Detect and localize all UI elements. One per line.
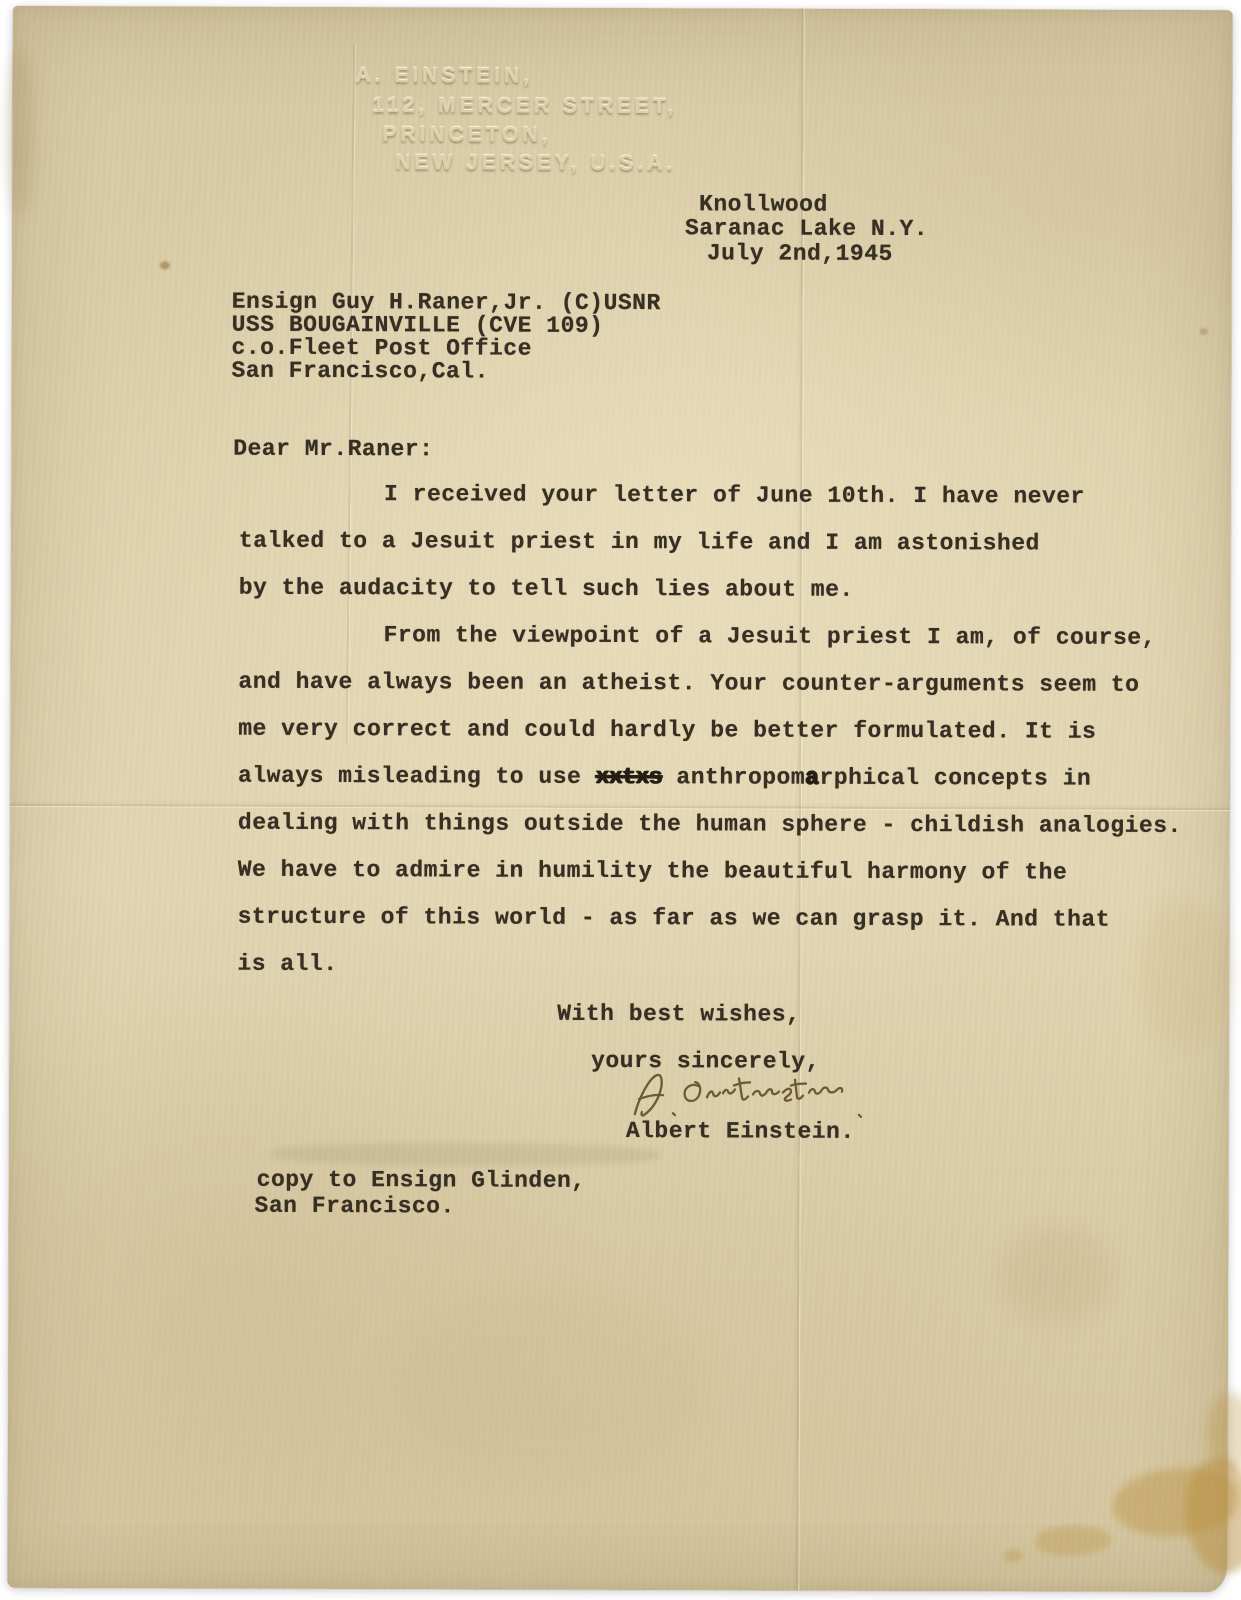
edge-darkening [6,46,35,216]
overtyped-character: a [805,765,819,791]
body-line: We have to admire in humility the beauti… [238,859,1068,885]
body-line: talked to a Jesuit priest in my life and… [239,530,1040,556]
letterhead-name: A. EINSTEIN, [355,65,533,87]
body-line: structure of this world - as far as we c… [238,906,1111,932]
stain [1206,1392,1241,1472]
body-line-with-correction: always misleading to use xxtxs anthropom… [238,765,1091,791]
stain-speck [160,261,170,269]
strikethrough-correction: xxtxs [596,764,663,790]
body-line: dealing with things outside the human sp… [238,812,1182,838]
letterhead-state: NEW JERSEY, U.S.A. [395,152,676,174]
typed-signature-name: Albert Einstein. [626,1120,855,1144]
stain [1137,898,1233,1048]
body-line: From the viewpoint of a Jesuit priest I … [239,624,1156,650]
cc-note-line: copy to Ensign Glinden, [257,1169,586,1193]
body-line: is all. [237,953,337,976]
stain [1003,1549,1023,1562]
horizontal-fold-line [10,804,1230,810]
body-text: anthropom [662,764,805,790]
date-line: July 2nd,1945 [707,242,893,266]
date-place-line: Knollwood [699,193,828,216]
body-text: always misleading to use [238,763,596,790]
body-line: I received your letter of June 10th. I h… [239,483,1085,509]
closing-wishes: With best wishes, [557,1003,800,1027]
body-line: and have always been an atheist. Your co… [238,671,1139,697]
stain [998,1227,1113,1322]
date-city-line: Saranac Lake N.Y. [685,217,928,241]
stain-speck [1200,328,1208,335]
letterhead-city: PRINCETON, [382,124,551,146]
recipient-city: San Francisco,Cal. [231,360,489,384]
salutation: Dear Mr.Raner: [233,438,433,462]
scan-background: A. EINSTEIN, 112, MERCER STREET, PRINCET… [0,0,1241,1600]
stain [1185,1458,1241,1573]
body-text: rphical concepts in [819,765,1091,792]
cc-note-line: San Francisco. [255,1195,455,1219]
letterhead-street: 112, MERCER STREET, [372,95,677,117]
body-line: by the audacity to tell such lies about … [239,577,854,602]
stain [1112,1468,1237,1536]
stain [1035,1525,1111,1555]
letter-paper: A. EINSTEIN, 112, MERCER STREET, PRINCET… [7,6,1233,1592]
body-line: me very correct and could hardly be bett… [238,718,1096,744]
ink-offset-smudge [271,1143,661,1166]
wrinkle-shadow [388,1287,709,1478]
